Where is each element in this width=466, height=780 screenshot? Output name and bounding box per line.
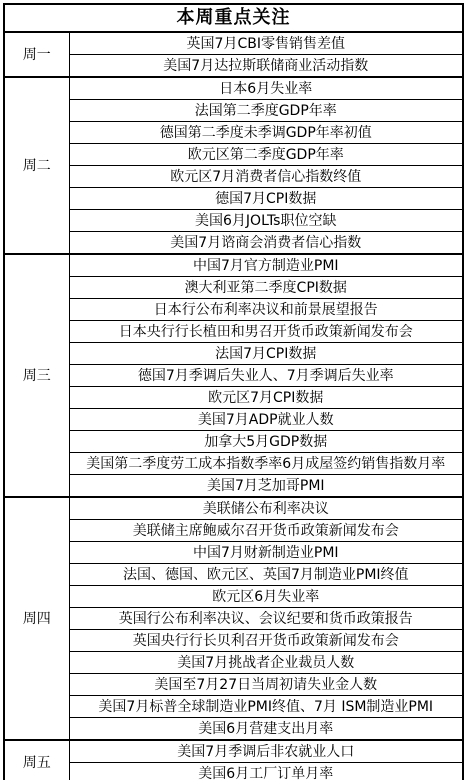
event-cell: 欧元区7月消费者信心指数终值 [69, 166, 463, 188]
event-cell: 美国7月达拉斯联储商业活动指数 [69, 55, 463, 78]
event-cell: 法国第二季度GDP年率 [69, 100, 463, 122]
table-row: 德国第二季度未季调GDP年率初值 [4, 122, 463, 144]
table-row: 美联储主席鲍威尔召开货币政策新闻发布会 [4, 520, 463, 542]
table-row: 美国7月挑战者企业裁员人数 [4, 652, 463, 674]
event-cell: 法国、德国、欧元区、英国7月制造业PMI终值 [69, 564, 463, 586]
event-cell: 英国7月CBI零售销售差值 [69, 32, 463, 55]
table-row: 美国7月ADP就业人数 [4, 409, 463, 431]
event-cell: 日本央行行长植田和男召开货币政策新闻发布会 [69, 321, 463, 343]
table-row: 法国7月CPI数据 [4, 343, 463, 365]
event-cell: 法国7月CPI数据 [69, 343, 463, 365]
event-cell: 加拿大5月GDP数据 [69, 431, 463, 453]
table-row: 美国6月JOLTs职位空缺 [4, 210, 463, 232]
table-row: 美国至7月27日当周初请失业金人数 [4, 674, 463, 696]
table-row: 德国7月CPI数据 [4, 188, 463, 210]
event-cell: 美国7月ADP就业人数 [69, 409, 463, 431]
table-row: 德国7月季调后失业人、7月季调后失业率 [4, 365, 463, 387]
table-row: 中国7月财新制造业PMI [4, 542, 463, 564]
table-row: 周四美联储公布利率决议 [4, 497, 463, 520]
table-row: 美国7月标普全球制造业PMI终值、7月 ISM制造业PMI [4, 696, 463, 718]
day-cell: 周一 [4, 32, 69, 77]
event-cell: 美国6月营建支出月率 [69, 718, 463, 741]
event-cell: 日本行公布利率决议和前景展望报告 [69, 299, 463, 321]
table-row: 周一英国7月CBI零售销售差值 [4, 32, 463, 55]
event-cell: 欧元区6月失业率 [69, 586, 463, 608]
table-row: 美国7月芝加哥PMI [4, 475, 463, 498]
day-cell: 周四 [4, 497, 69, 740]
table-row: 美国7月达拉斯联储商业活动指数 [4, 55, 463, 78]
table-row: 加拿大5月GDP数据 [4, 431, 463, 453]
event-cell: 美国6月工厂订单月率 [69, 763, 463, 780]
table-row: 澳大利亚第二季度CPI数据 [4, 277, 463, 299]
event-cell: 中国7月财新制造业PMI [69, 542, 463, 564]
event-cell: 德国第二季度未季调GDP年率初值 [69, 122, 463, 144]
event-cell: 美联储公布利率决议 [69, 497, 463, 520]
day-cell: 周五 [4, 740, 69, 780]
table-row: 周二日本6月失业率 [4, 77, 463, 100]
event-cell: 欧元区第二季度GDP年率 [69, 144, 463, 166]
table-row: 日本央行行长植田和男召开货币政策新闻发布会 [4, 321, 463, 343]
table-row: 美国6月工厂订单月率 [4, 763, 463, 780]
table-row: 法国第二季度GDP年率 [4, 100, 463, 122]
event-cell: 美国7月谘商会消费者信心指数 [69, 232, 463, 255]
event-cell: 欧元区7月CPI数据 [69, 387, 463, 409]
event-cell: 英国央行行长贝利召开货币政策新闻发布会 [69, 630, 463, 652]
event-cell: 美国第二季度劳工成本指数季率6月成屋签约销售指数月率 [69, 453, 463, 475]
table-row: 日本行公布利率决议和前景展望报告 [4, 299, 463, 321]
event-cell: 澳大利亚第二季度CPI数据 [69, 277, 463, 299]
table-row: 英国行公布利率决议、会议纪要和货币政策报告 [4, 608, 463, 630]
event-cell: 美国7月季调后非农就业人口 [69, 740, 463, 763]
table-row: 欧元区7月CPI数据 [4, 387, 463, 409]
page: 本周重点关注周一英国7月CBI零售销售差值美国7月达拉斯联储商业活动指数周二日本… [0, 0, 466, 780]
focus-table-body: 本周重点关注周一英国7月CBI零售销售差值美国7月达拉斯联储商业活动指数周二日本… [4, 4, 463, 780]
table-row: 法国、德国、欧元区、英国7月制造业PMI终值 [4, 564, 463, 586]
day-cell: 周三 [4, 254, 69, 497]
table-row: 美国6月营建支出月率 [4, 718, 463, 741]
table-row: 周三中国7月官方制造业PMI [4, 254, 463, 277]
day-cell: 周二 [4, 77, 69, 254]
event-cell: 美国7月芝加哥PMI [69, 475, 463, 498]
table-title: 本周重点关注 [4, 4, 463, 32]
event-cell: 美国7月标普全球制造业PMI终值、7月 ISM制造业PMI [69, 696, 463, 718]
table-row: 英国央行行长贝利召开货币政策新闻发布会 [4, 630, 463, 652]
table-row: 欧元区7月消费者信心指数终值 [4, 166, 463, 188]
focus-table: 本周重点关注周一英国7月CBI零售销售差值美国7月达拉斯联储商业活动指数周二日本… [3, 3, 464, 780]
table-row: 美国7月谘商会消费者信心指数 [4, 232, 463, 255]
event-cell: 英国行公布利率决议、会议纪要和货币政策报告 [69, 608, 463, 630]
event-cell: 美国6月JOLTs职位空缺 [69, 210, 463, 232]
table-row: 周五美国7月季调后非农就业人口 [4, 740, 463, 763]
event-cell: 德国7月季调后失业人、7月季调后失业率 [69, 365, 463, 387]
table-row: 美国第二季度劳工成本指数季率6月成屋签约销售指数月率 [4, 453, 463, 475]
table-row: 欧元区第二季度GDP年率 [4, 144, 463, 166]
event-cell: 德国7月CPI数据 [69, 188, 463, 210]
event-cell: 日本6月失业率 [69, 77, 463, 100]
event-cell: 美联储主席鲍威尔召开货币政策新闻发布会 [69, 520, 463, 542]
title-row: 本周重点关注 [4, 4, 463, 32]
event-cell: 中国7月官方制造业PMI [69, 254, 463, 277]
table-row: 欧元区6月失业率 [4, 586, 463, 608]
event-cell: 美国至7月27日当周初请失业金人数 [69, 674, 463, 696]
event-cell: 美国7月挑战者企业裁员人数 [69, 652, 463, 674]
